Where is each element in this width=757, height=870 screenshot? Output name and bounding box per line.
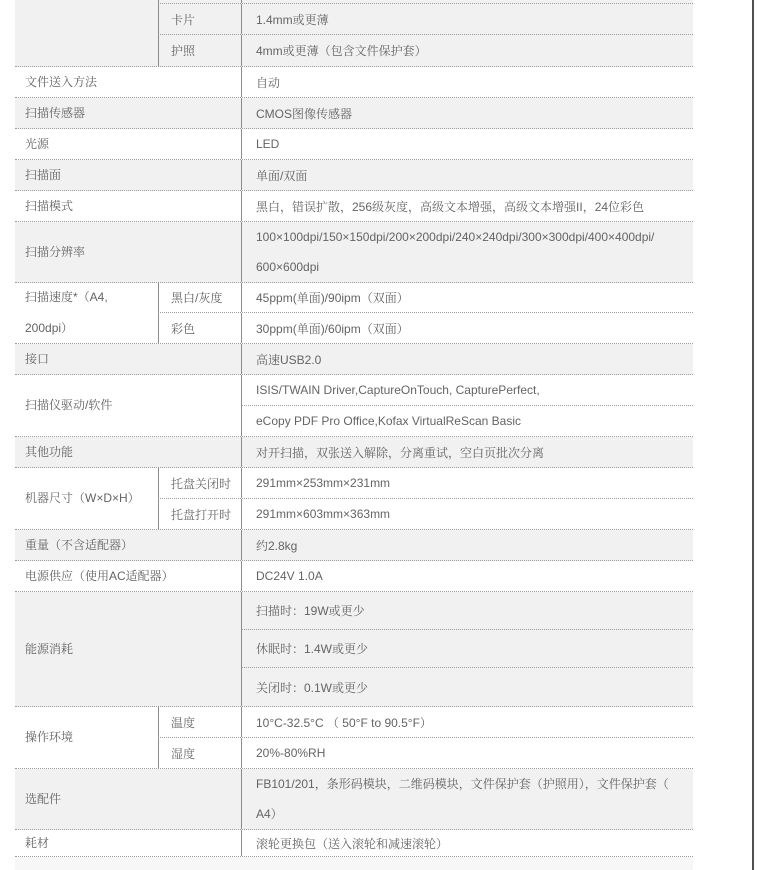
row-header-line: 200dpi） xyxy=(25,313,108,344)
row-header: 能源消耗 xyxy=(15,592,241,706)
row-header-line: 文件送入方法 xyxy=(25,67,97,98)
spec-group-power_supply: 电源供应（使用AC适配器）DC24V 1.0A xyxy=(15,561,693,592)
row-header: 扫描分辨率 xyxy=(15,222,241,282)
spec-group-interface: 接口高速USB2.0 xyxy=(15,344,693,375)
sub-label: 温度 xyxy=(158,707,241,737)
row-value: 高速USB2.0 xyxy=(241,344,693,374)
row-value-line: 扫描时：19W或更少 xyxy=(241,592,693,630)
row-value: 单面/双面 xyxy=(241,160,693,190)
sub-row: 彩色30ppm(单面)/60ipm（双面） xyxy=(158,313,693,343)
row-value-line: ISIS/TWAIN Driver,CaptureOnTouch, Captur… xyxy=(241,375,693,406)
spec-group-other_functions: 其他功能对开扫描，双张送入解除，分离重试，空白页批次分离 xyxy=(15,437,693,468)
row-value: 45ppm(单面)/90ipm（双面） xyxy=(241,283,693,312)
row-header: 其他功能 xyxy=(15,437,241,467)
row-value: 291mm×253mm×231mm xyxy=(241,468,693,498)
row-header-line: 扫描模式 xyxy=(25,191,73,222)
row-header: 接口 xyxy=(15,344,241,374)
row-header: 文件送入方法 xyxy=(15,67,241,97)
row-value: CMOS图像传感器 xyxy=(241,98,693,128)
row-value: LED xyxy=(241,129,693,159)
row-value: 10°C-32.5°C （ 50°F to 90.5°F） xyxy=(241,707,693,737)
spec-group-weight: 重量（不含适配器）约2.8kg xyxy=(15,530,693,561)
row-header: 重量（不含适配器） xyxy=(15,530,241,560)
sub-label: 护照 xyxy=(158,35,241,66)
row-value-line: 关闭时：0.1W或更少 xyxy=(241,668,693,706)
row-header-line: 接口 xyxy=(25,344,49,375)
spec-group-energy: 能源消耗扫描时：19W或更少休眠时：1.4W或更少关闭时：0.1W或更少 xyxy=(15,592,693,707)
sub-row: 托盘打开时291mm×603mm×363mm xyxy=(158,499,693,529)
row-header-line: 电源供应（使用AC适配器） xyxy=(25,561,174,592)
row-header: 耗材 xyxy=(15,830,241,856)
row-value: 4mm或更薄（包含文件保护套） xyxy=(241,35,693,66)
row-header-line: 耗材 xyxy=(25,828,49,859)
spec-group-options: 选配件FB101/201，条形码模块，二维码模块，文件保护套（护照用），文件保护… xyxy=(15,769,693,830)
row-header-line: 能源消耗 xyxy=(25,634,73,665)
spec-group-driver_software: 扫描仪驱动/软件ISIS/TWAIN Driver,CaptureOnTouch… xyxy=(15,375,693,437)
row-value: 291mm×603mm×363mm xyxy=(241,499,693,529)
sub-row: 护照4mm或更薄（包含文件保护套） xyxy=(158,35,693,66)
row-value: 约2.8kg xyxy=(241,530,693,560)
row-value: 对开扫描，双张送入解除，分离重试，空白页批次分离 xyxy=(241,437,693,467)
sub-row: 卡片1.4mm或更薄 xyxy=(158,4,693,35)
sub-label: 卡片 xyxy=(158,4,241,34)
row-header-line: 扫描传感器 xyxy=(25,98,85,129)
row-value: 30ppm(单面)/60ipm（双面） xyxy=(241,313,693,343)
row-value: 1.4mm或更薄 xyxy=(241,4,693,34)
spec-group-environment: 操作环境温度10°C-32.5°C （ 50°F to 90.5°F）湿度20%… xyxy=(15,707,693,769)
row-header: 扫描面 xyxy=(15,160,241,190)
spec-group-scan_side: 扫描面单面/双面 xyxy=(15,160,693,191)
spec-group-consumables: 耗材滚轮更换包（送入滚轮和减速滚轮） xyxy=(15,830,693,857)
spec-group-scan_mode: 扫描模式黑白，错误扩散，256级灰度，高级文本增强，高级文本增强II，24位彩色 xyxy=(15,191,693,222)
row-header: 光源 xyxy=(15,129,241,159)
row-header-line: 机器尺寸（W×D×H） xyxy=(25,483,140,514)
row-header-line: 扫描仪驱动/软件 xyxy=(25,390,112,421)
sub-label: 湿度 xyxy=(158,738,241,768)
spec-group-scan_resolution: 扫描分辨率100×100dpi/150×150dpi/200×200dpi/24… xyxy=(15,222,693,283)
row-header: 扫描仪驱动/软件 xyxy=(15,375,241,436)
sub-row: 黑白/灰度45ppm(单面)/90ipm（双面） xyxy=(158,283,693,313)
row-value-line: eCopy PDF Pro Office,Kofax VirtualReScan… xyxy=(241,406,693,436)
page-right-border xyxy=(752,0,754,870)
row-value: 100×100dpi/150×150dpi/200×200dpi/240×240… xyxy=(241,222,693,282)
row-header: 扫描模式 xyxy=(15,191,241,221)
row-header-line: 其他功能 xyxy=(25,437,73,468)
sub-label: 黑白/灰度 xyxy=(158,283,241,312)
row-header-line: 选配件 xyxy=(25,784,61,815)
row-value-line: 休眠时：1.4W或更少 xyxy=(241,630,693,668)
row-header-line: 光源 xyxy=(25,129,49,160)
sub-row: 湿度20%-80%RH xyxy=(158,738,693,768)
spec-group-card_passport: 卡片1.4mm或更薄护照4mm或更薄（包含文件保护套） xyxy=(15,0,693,67)
row-value: 黑白，错误扩散，256级灰度，高级文本增强，高级文本增强II，24位彩色 xyxy=(241,191,693,221)
row-value: DC24V 1.0A xyxy=(241,561,693,591)
row-header: 选配件 xyxy=(15,769,241,829)
row-header-line: 操作环境 xyxy=(25,722,73,753)
sub-label: 彩色 xyxy=(158,313,241,343)
spec-group-feeding_method: 文件送入方法自动 xyxy=(15,67,693,98)
sub-label: 托盘关闭时 xyxy=(158,468,241,498)
sub-label: 托盘打开时 xyxy=(158,499,241,529)
spec-table: 卡片1.4mm或更薄护照4mm或更薄（包含文件保护套）文件送入方法自动扫描传感器… xyxy=(15,0,693,857)
row-value: FB101/201，条形码模块，二维码模块，文件保护套（护照用），文件保护套（A… xyxy=(241,769,693,829)
row-header-line: 扫描分辨率 xyxy=(25,237,85,268)
row-value: 20%-80%RH xyxy=(241,738,693,768)
spec-group-scan_sensor: 扫描传感器CMOS图像传感器 xyxy=(15,98,693,129)
row-header-line: 扫描面 xyxy=(25,160,61,191)
row-value: 滚轮更换包（送入滚轮和减速滚轮） xyxy=(241,830,693,856)
spec-group-light_source: 光源LED xyxy=(15,129,693,160)
spec-group-scan_speed: 扫描速度*（A4,200dpi）黑白/灰度45ppm(单面)/90ipm（双面）… xyxy=(15,283,693,344)
row-value: 自动 xyxy=(241,67,693,97)
table-bottom-strip xyxy=(15,857,693,870)
sub-row: 温度10°C-32.5°C （ 50°F to 90.5°F） xyxy=(158,707,693,738)
sub-row: 托盘关闭时291mm×253mm×231mm xyxy=(158,468,693,499)
spec-page: 卡片1.4mm或更薄护照4mm或更薄（包含文件保护套）文件送入方法自动扫描传感器… xyxy=(0,0,757,870)
row-header: 机器尺寸（W×D×H） xyxy=(15,468,158,529)
row-header-line: 扫描速度*（A4, xyxy=(25,282,108,313)
row-header-line: 重量（不含适配器） xyxy=(25,530,133,561)
spec-group-dimensions: 机器尺寸（W×D×H）托盘关闭时291mm×253mm×231mm托盘打开时29… xyxy=(15,468,693,530)
row-header: 操作环境 xyxy=(15,707,158,768)
row-header xyxy=(15,0,158,66)
row-header: 扫描传感器 xyxy=(15,98,241,128)
row-header: 电源供应（使用AC适配器） xyxy=(15,561,241,591)
row-header: 扫描速度*（A4,200dpi） xyxy=(15,283,158,343)
